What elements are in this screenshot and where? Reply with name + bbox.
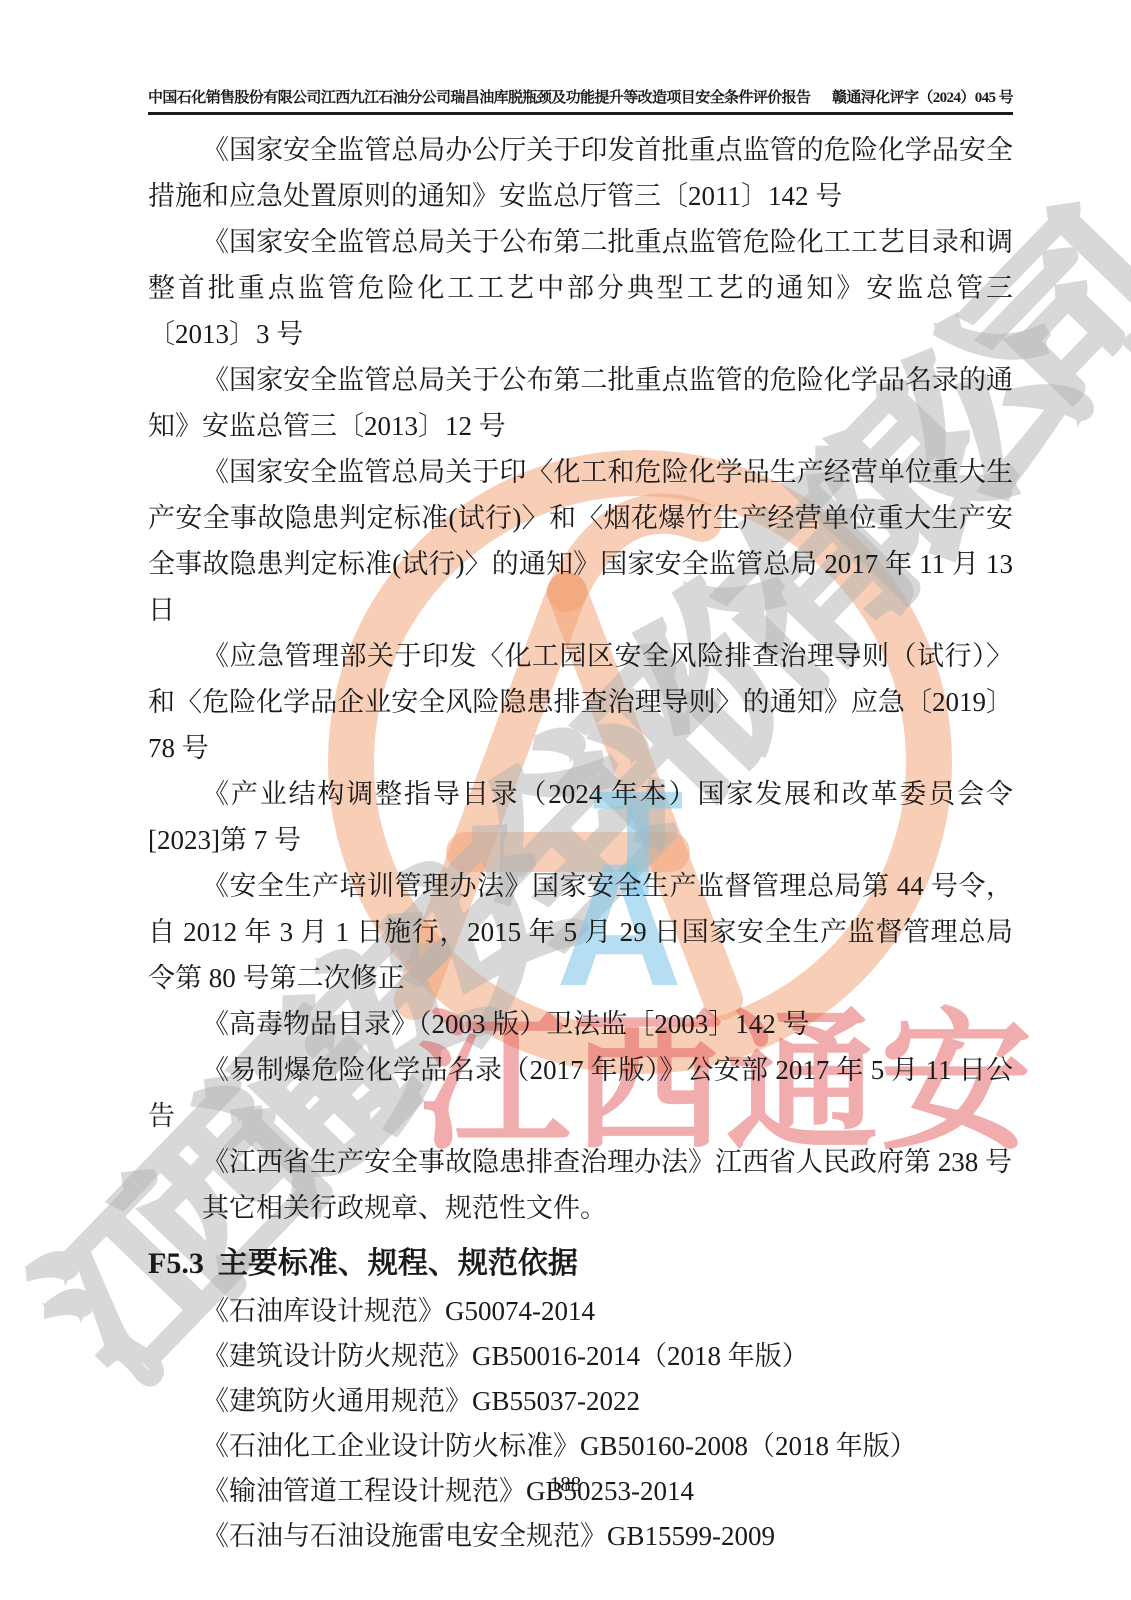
section-heading: F5.3主要标准、规程、规范依据 [148,1239,1013,1289]
standard-paragraph: 《石油与石油设施雷电安全规范》GB15599-2009 [148,1514,1013,1559]
standard-paragraph: 《建筑设计防火规范》GB50016-2014（2018 年版） [148,1334,1013,1379]
regulation-paragraph: 《国家安全监管总局办公厅关于印发首批重点监管的危险化学品安全措施和应急处置原则的… [148,127,1013,219]
standards-list: 《石油库设计规范》G50074-2014《建筑设计防火规范》GB50016-20… [148,1289,1013,1559]
page-header: 中国石化销售股份有限公司江西九江石油分公司瑞昌油库脱瓶颈及功能提升等改造项目安全… [148,86,1013,115]
standard-paragraph: 《建筑防火通用规范》GB55037-2022 [148,1379,1013,1424]
regulation-paragraph: 《国家安全监管总局关于公布第二批重点监管的危险化学品名录的通知》安监总管三〔20… [148,357,1013,449]
regulation-paragraph: 《国家安全监管总局关于印〈化工和危险化学品生产经营单位重大生产安全事故隐患判定标… [148,449,1013,633]
document-page: 江西通安安全评价有限公司 T A 江西通安 中国石化销售股份有限公司江西九江石油… [0,0,1131,1600]
section-heading-title: 主要标准、规程、规范依据 [218,1247,578,1280]
regulation-paragraph: 《国家安全监管总局关于公布第二批重点监管危险化工工艺目录和调整首批重点监管危险化… [148,219,1013,357]
header-doc-number: 赣通浔化评字（2024）045 号 [832,86,1013,107]
regulation-list: 《国家安全监管总局办公厅关于印发首批重点监管的危险化学品安全措施和应急处置原则的… [148,127,1013,1231]
page-number: 188 [0,1472,1131,1497]
section-heading-number: F5.3 [148,1247,204,1280]
header-title: 中国石化销售股份有限公司江西九江石油分公司瑞昌油库脱瓶颈及功能提升等改造项目安全… [148,86,810,107]
regulation-paragraph: 《易制爆危险化学品名录（2017 年版）》公安部 2017 年 5 月 11 日… [148,1047,1013,1139]
regulation-paragraph: 《高毒物品目录》（2003 版）卫法监［2003］142 号 [148,1001,1013,1047]
regulation-paragraph: 其它相关行政规章、规范性文件。 [148,1185,1013,1231]
page-content: 中国石化销售股份有限公司江西九江石油分公司瑞昌油库脱瓶颈及功能提升等改造项目安全… [0,0,1131,1559]
regulation-paragraph: 《江西省生产安全事故隐患排查治理办法》江西省人民政府第 238 号 [148,1139,1013,1185]
regulation-paragraph: 《安全生产培训管理办法》国家安全生产监督管理总局第 44 号令，自 2012 年… [148,863,1013,1001]
regulation-paragraph: 《产业结构调整指导目录（2024 年本）国家发展和改革委员会令[2023]第 7… [148,771,1013,863]
regulation-paragraph: 《应急管理部关于印发〈化工园区安全风险排查治理导则（试行）〉和〈危险化学品企业安… [148,633,1013,771]
standard-paragraph: 《石油化工企业设计防火标准》GB50160-2008（2018 年版） [148,1424,1013,1469]
standard-paragraph: 《石油库设计规范》G50074-2014 [148,1289,1013,1334]
